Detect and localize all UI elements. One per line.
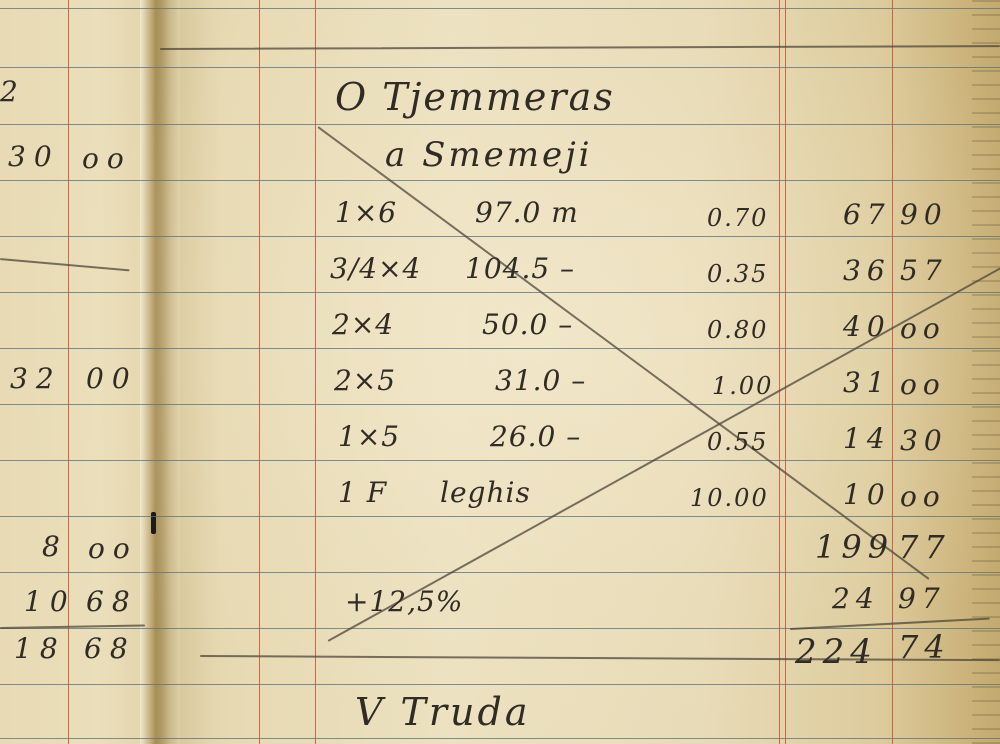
surcharge-whole: 24 <box>832 582 880 615</box>
ruling-line <box>0 404 1000 405</box>
item-amount-whole: 14 <box>843 422 891 455</box>
cross-out-stroke <box>317 126 929 580</box>
surcharge-cents: 97 <box>898 582 946 615</box>
pencil-divider <box>200 655 1000 661</box>
margin-line <box>259 0 260 744</box>
ruling-line <box>0 180 1000 181</box>
item-rate: 0.55 <box>707 428 768 456</box>
margin-line <box>315 0 316 744</box>
surcharge-label: +12,5% <box>345 585 463 618</box>
item-amount-cents: oo <box>900 480 946 513</box>
item-amount-whole: 36 <box>843 254 891 287</box>
ruling-line <box>0 738 1000 739</box>
margin-line <box>892 0 893 744</box>
item-quantity: 50.0 – <box>482 308 573 341</box>
ruling-line <box>0 236 1000 237</box>
ruling-line <box>0 684 1000 685</box>
item-rate: 10.00 <box>690 484 769 512</box>
item-quantity: 31.0 – <box>495 364 586 397</box>
item-rate: 1.00 <box>712 372 773 400</box>
left-fragment: 2 <box>0 75 26 108</box>
pencil-divider <box>0 258 130 271</box>
footer-signature: V Truda <box>355 690 531 734</box>
subtotal-cents: 77 <box>898 528 951 566</box>
item-quantity: 97.0 m <box>475 196 579 229</box>
ruling-line <box>0 67 1000 68</box>
item-amount-cents: 30 <box>900 424 948 457</box>
item-amount-whole: 40 <box>843 310 891 343</box>
total-cents: 74 <box>898 628 951 666</box>
ruling-line <box>0 292 1000 293</box>
item-quantity: 104.5 – <box>465 252 575 285</box>
item-size: 3/4×4 <box>330 252 421 285</box>
item-size: 1 F <box>338 476 387 509</box>
ledger-page: 2 30 oo 32 00 8 oo 10 68 18 68 O Tjemmer… <box>0 0 1000 744</box>
item-amount-cents: 57 <box>900 254 948 287</box>
item-quantity: leghis <box>440 476 531 509</box>
ruling-line <box>0 572 1000 573</box>
item-size: 2×5 <box>334 364 396 397</box>
item-rate: 0.70 <box>707 204 768 232</box>
item-amount-whole: 10 <box>843 478 891 511</box>
item-size: 2×4 <box>332 308 394 341</box>
item-size: 1×6 <box>335 196 397 229</box>
item-amount-cents: 90 <box>900 198 948 231</box>
subtotal-whole: 199 <box>815 528 894 566</box>
item-rate: 0.35 <box>707 260 768 288</box>
item-amount-cents: oo <box>900 312 946 345</box>
binding-gutter <box>140 0 180 744</box>
page-edge <box>972 0 1000 744</box>
ruling-line <box>0 8 1000 9</box>
heading-line-2: a Smemeji <box>385 135 593 175</box>
margin-line <box>779 0 780 744</box>
item-amount-cents: oo <box>900 368 946 401</box>
margin-line <box>68 0 69 744</box>
total-whole: 224 <box>795 632 878 672</box>
item-amount-whole: 31 <box>843 366 891 399</box>
item-size: 1×5 <box>338 420 400 453</box>
ruling-line <box>0 348 1000 349</box>
ruling-line <box>0 124 1000 125</box>
item-rate: 0.80 <box>707 316 768 344</box>
item-amount-whole: 67 <box>843 198 891 231</box>
margin-line <box>785 0 786 744</box>
ruling-line <box>0 628 1000 629</box>
ruling-line <box>0 516 1000 517</box>
item-quantity: 26.0 – <box>490 420 581 453</box>
ruling-line <box>0 460 1000 461</box>
pencil-divider <box>160 45 1000 50</box>
heading-line-1: O Tjemmeras <box>335 75 615 119</box>
